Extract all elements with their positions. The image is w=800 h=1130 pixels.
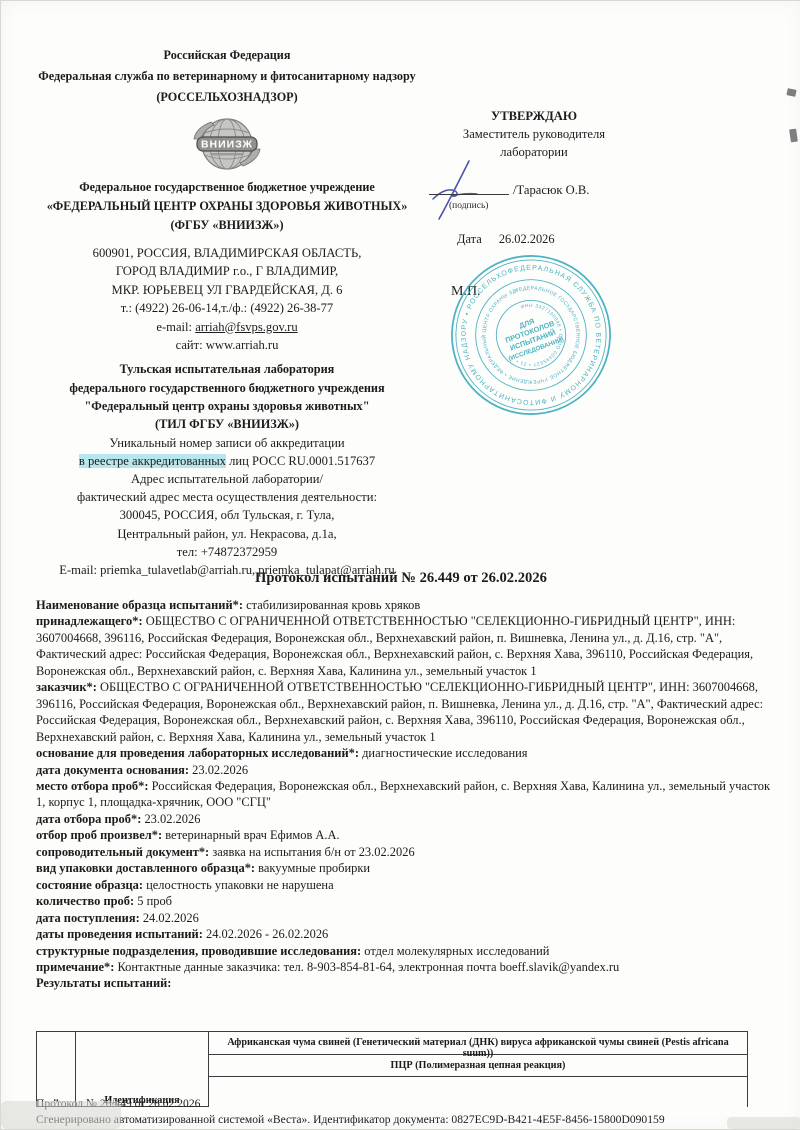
field-value: 5 проб: [137, 894, 172, 908]
logo-text: ВНИИЗЖ: [201, 139, 253, 151]
lab-block: Тульская испытательная лабораторияфедера…: [1, 360, 453, 579]
accreditation-highlight: в реестре аккредитованных: [79, 454, 226, 468]
field-row: Наименование образца испытаний*: стабили…: [36, 597, 774, 613]
field-row: место отбора проб*: Российская Федерация…: [36, 778, 774, 811]
email-link: arriah@fsvps.gov.ru: [195, 320, 297, 334]
header-country: Российская Федерация: [1, 45, 453, 66]
field-label: дата поступления:: [36, 911, 140, 925]
results-table: Африканская чума свиней (Генетический ма…: [36, 1031, 748, 1107]
field-value: 23.02.2026: [192, 763, 248, 777]
footer-generated-by: Сгенерировано автоматизированной системо…: [36, 1113, 665, 1126]
field-label: состояние образца:: [36, 878, 143, 892]
field-value: 24.02.2026: [143, 911, 199, 925]
field-row: состояние образца: целостность упаковки …: [36, 877, 774, 893]
field-value: заявка на испытания б/н от 23.02.2026: [212, 845, 414, 859]
field-label: принадлежащего*:: [36, 614, 143, 628]
field-label: Наименование образца испытаний*:: [36, 598, 243, 612]
lab-bold-lines: Тульская испытательная лабораторияфедера…: [1, 360, 453, 433]
approval-title: УТВЕРЖДАЮ: [409, 107, 659, 125]
field-row: количество проб: 5 проб: [36, 893, 774, 909]
table-disease-header: Африканская чума свиней (Генетический ма…: [212, 1037, 744, 1059]
field-value: отдел молекулярных исследований: [364, 944, 549, 958]
field-label: дата отбора проб*:: [36, 812, 141, 826]
field-label: структурные подразделения, проводившие и…: [36, 944, 361, 958]
accreditation-line1: Уникальный номер записи об аккредитации: [1, 434, 453, 452]
accreditation-rest: лиц РОСС RU.0001.517637: [226, 454, 375, 468]
field-label: вид упаковки доставленного образца*:: [36, 861, 255, 875]
lab-bold-line: федерального государственного бюджетного…: [1, 379, 453, 397]
field-row: даты проведения испытаний: 24.02.2026 - …: [36, 926, 774, 942]
field-label: отбор проб произвел*:: [36, 828, 162, 842]
field-row: примечание*: Контактные данные заказчика…: [36, 959, 774, 975]
field-row: отбор проб произвел*: ветеринарный врач …: [36, 827, 774, 843]
field-value: диагностические исследования: [362, 746, 527, 760]
org-type: Федеральное государственное бюджетное уч…: [1, 178, 453, 197]
org-address-line: 600901, РОССИЯ, ВЛАДИМИРСКАЯ ОБЛАСТЬ,: [1, 244, 453, 262]
field-label: сопроводительный документ*:: [36, 845, 209, 859]
protocol-title: Протокол испытаний № 26.449 от 26.02.202…: [1, 570, 800, 587]
field-value: ОБЩЕСТВО С ОГРАНИЧЕННОЙ ОТВЕТСТВЕННОСТЬЮ…: [36, 614, 753, 677]
lab-address-line: Адрес испытательной лаборатории/: [1, 470, 453, 488]
org-address-lines: 600901, РОССИЯ, ВЛАДИМИРСКАЯ ОБЛАСТЬ,ГОР…: [1, 244, 453, 318]
header-service-short: (РОССЕЛЬХОЗНАДЗОР): [1, 87, 453, 108]
field-row: дата отбора проб*: 23.02.2026: [36, 811, 774, 827]
protocol-fields: Наименование образца испытаний*: стабили…: [36, 597, 774, 992]
field-value: 24.02.2026 - 26.02.2026: [206, 927, 328, 941]
header-block: Российская Федерация Федеральная служба …: [1, 45, 453, 579]
field-label: основание для проведения лабораторных ис…: [36, 746, 359, 760]
field-value: стабилизированная кровь хряков: [246, 598, 420, 612]
field-row: Результаты испытаний:: [36, 975, 774, 991]
table-cell-results: [208, 1076, 748, 1107]
field-row: дата документа основания: 23.02.2026: [36, 762, 774, 778]
field-label: дата документа основания:: [36, 763, 189, 777]
field-value: целостность упаковки не нарушена: [146, 878, 334, 892]
round-stamp-icon: ФЕДЕРАЛЬНАЯ СЛУЖБА ПО ВЕТЕРИНАРНОМУ И ФИ…: [447, 251, 615, 419]
date-value: 26.02.2026: [499, 232, 555, 246]
approval-position-1: Заместитель руководителя: [409, 125, 659, 143]
field-row: основание для проведения лабораторных ис…: [36, 745, 774, 761]
org-email-line: e-mail: arriah@fsvps.gov.ru: [1, 318, 453, 336]
field-value: ОБЩЕСТВО С ОГРАНИЧЕННОЙ ОТВЕТСТВЕННОСТЬЮ…: [36, 680, 763, 743]
field-label: примечание*:: [36, 960, 114, 974]
org-site-line: сайт: www.arriah.ru: [1, 336, 453, 354]
field-value: 23.02.2026: [144, 812, 200, 826]
lab-address-line: Центральный район, ул. Некрасова, д.1а,: [1, 525, 453, 543]
org-address: 600901, РОССИЯ, ВЛАДИМИРСКАЯ ОБЛАСТЬ,ГОР…: [1, 244, 453, 354]
lab-address-line: фактический адрес места осуществления де…: [1, 488, 453, 506]
vniizh-logo-icon: ВНИИЗЖ: [181, 112, 273, 176]
field-label: заказчик*:: [36, 680, 97, 694]
approval-date: Дата 26.02.2026: [457, 232, 555, 247]
field-label: Результаты испытаний:: [36, 976, 171, 990]
field-label: даты проведения испытаний:: [36, 927, 203, 941]
table-method-header: ПЦР (Полимеразная цепная реакция): [212, 1060, 744, 1071]
field-row: дата поступления: 24.02.2026: [36, 910, 774, 926]
field-label: количество проб:: [36, 894, 134, 908]
lab-bold-line: (ТИЛ ФГБУ «ВНИИЗЖ»): [1, 415, 453, 433]
field-value: ветеринарный врач Ефимов А.А.: [165, 828, 339, 842]
date-label: Дата: [457, 232, 482, 246]
approval-block: УТВЕРЖДАЮ Заместитель руководителя лабор…: [409, 107, 659, 161]
org-short: (ФГБУ «ВНИИЗЖ»): [1, 216, 453, 235]
field-row: сопроводительный документ*: заявка на ис…: [36, 844, 774, 860]
field-row: заказчик*: ОБЩЕСТВО С ОГРАНИЧЕННОЙ ОТВЕТ…: [36, 679, 774, 745]
org-address-line: т.: (4922) 26-06-14,т./ф.: (4922) 26-38-…: [1, 299, 453, 317]
lab-address-lines: Адрес испытательной лаборатории/фактичес…: [1, 470, 453, 579]
signature-caption: (подпись): [449, 201, 488, 211]
field-value: вакуумные пробирки: [258, 861, 370, 875]
signature-line: [429, 194, 509, 195]
scan-artifact: [789, 129, 798, 143]
lab-address-line: 300045, РОССИЯ, обл Тульская, г. Тула,: [1, 506, 453, 524]
header-service: Федеральная служба по ветеринарному и фи…: [1, 66, 453, 87]
field-row: принадлежащего*: ОБЩЕСТВО С ОГРАНИЧЕННОЙ…: [36, 613, 774, 679]
email-prefix: e-mail:: [156, 320, 195, 334]
lab-bold-line: "Федеральный центр охраны здоровья живот…: [1, 397, 453, 415]
scan-smudge: [1, 1101, 121, 1129]
lab-bold-line: Тульская испытательная лаборатория: [1, 360, 453, 378]
org-address-line: ГОРОД ВЛАДИМИР г.о., Г ВЛАДИМИР,: [1, 262, 453, 280]
signer-name: /Тарасюк О.В.: [513, 183, 589, 198]
field-row: вид упаковки доставленного образца*: вак…: [36, 860, 774, 876]
org-name: «ФЕДЕРАЛЬНЫЙ ЦЕНТР ОХРАНЫ ЗДОРОВЬЯ ЖИВОТ…: [1, 197, 453, 216]
field-label: место отбора проб*:: [36, 779, 149, 793]
lab-address-line: тел: +74872372959: [1, 543, 453, 561]
scan-artifact: [786, 88, 796, 97]
accreditation-line2: в реестре аккредитованных лиц РОСС RU.00…: [1, 452, 453, 470]
scan-smudge: [727, 1117, 800, 1129]
field-row: структурные подразделения, проводившие и…: [36, 943, 774, 959]
org-address-line: МКР. ЮРЬЕВЕЦ УЛ ГВАРДЕЙСКАЯ, Д. 6: [1, 281, 453, 299]
document-page: Российская Федерация Федеральная служба …: [0, 0, 800, 1130]
field-value: Контактные данные заказчика: тел. 8-903-…: [118, 960, 620, 974]
